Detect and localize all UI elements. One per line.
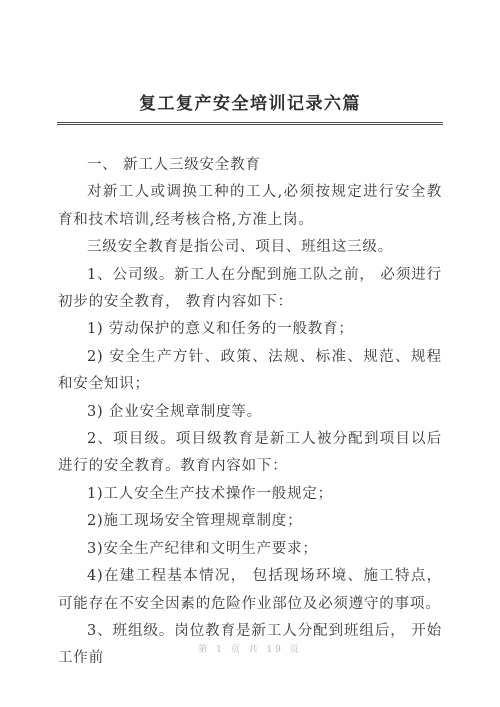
paragraph-list-item: 3) 企业安全规章制度等。: [58, 399, 442, 426]
paragraph: 三级安全教育是指公司、项目、班组这三级。: [58, 234, 442, 261]
title-divider-rule: [57, 122, 443, 125]
document-title: 复工复产安全培训记录六篇: [58, 94, 442, 114]
paragraph: 1、公司级。新工人在分配到施工队之前， 必须进行初步的安全教育， 教育内容如下：: [58, 262, 442, 317]
paragraph-list-item: 3)安全生产纪律和文明生产要求；: [58, 536, 442, 563]
paragraph: 对新工人或调换工种的工人,必须按规定进行安全教育和技术培训,经考核合格,方准上岗…: [58, 179, 442, 234]
paragraph: 2、项目级。项目级教育是新工人被分配到项目以后进行的安全教育。教育内容如下：: [58, 426, 442, 481]
document-body: 一、 新工人三级安全教育 对新工人或调换工种的工人,必须按规定进行安全教育和技术…: [58, 152, 442, 673]
paragraph-list-item: 2) 安全生产方针、政策、法规、标准、规范、规程和安全知识；: [58, 344, 442, 399]
paragraph: 4)在建工程基本情况， 包括现场环境、施工特点， 可能存在不安全因素的危险作业部…: [58, 563, 442, 618]
paragraph-list-item: 1) 劳动保护的意义和任务的一般教育；: [58, 316, 442, 343]
paragraph-list-item: 1)工人安全生产技术操作一般规定；: [58, 481, 442, 508]
paragraph-heading-section1: 一、 新工人三级安全教育: [58, 152, 442, 179]
paragraph-list-item: 2)施工现场安全管理规章制度；: [58, 508, 442, 535]
document-page: 复工复产安全培训记录六篇 一、 新工人三级安全教育 对新工人或调换工种的工人,必…: [0, 0, 500, 707]
page-number-footer: 第 1 页 共 19 页: [0, 642, 500, 655]
